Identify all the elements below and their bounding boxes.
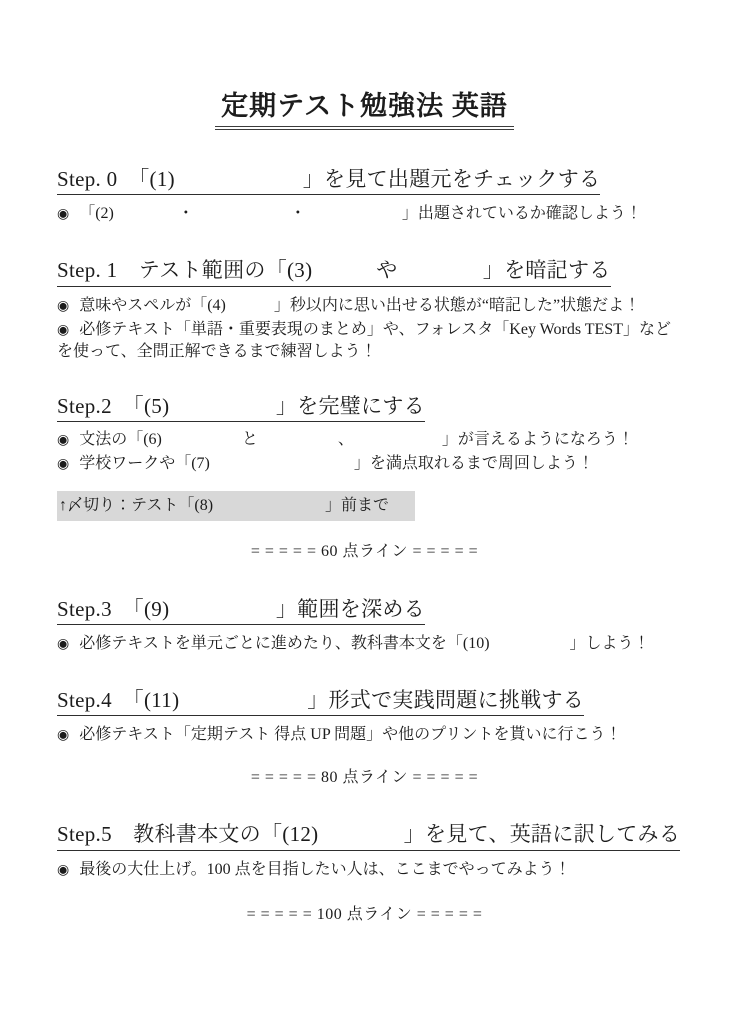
step-1-bullet-1: ◉意味やスペルが「(4) 」秒以内に思い出せる状態が“暗記した”状態だよ！: [57, 295, 672, 317]
worksheet-page: 定期テスト勉強法 英語 Step. 0 「(1) 」を見て出題元をチェックする …: [0, 0, 729, 1024]
step-5-heading: Step.5 教科書本文の「(12) 」を見て、英語に訳してみる: [57, 821, 680, 850]
step-3-heading: Step.3 「(9) 」範囲を深める: [57, 596, 425, 625]
step-2-bullet-1: ◉文法の「(6) と 、 」が言えるようになろう！: [57, 429, 672, 451]
bullet-text: 意味やスペルが「(4) 」秒以内に思い出せる状態が“暗記した”状態だよ！: [79, 297, 640, 314]
title-row: 定期テスト勉強法 英語: [57, 84, 672, 130]
step-4-heading-row: Step.4 「(11) 」形式で実践問題に挑戦する: [57, 687, 672, 716]
step-4-bullet-1: ◉必修テキスト「定期テスト 得点 UP 問題」や他のプリントを貰いに行こう！: [57, 724, 672, 746]
step-0-heading-row: Step. 0 「(1) 」を見て出題元をチェックする: [57, 166, 672, 195]
fisheye-bullet-icon: ◉: [57, 456, 69, 472]
step-1-heading: Step. 1 テスト範囲の「(3) や 」を暗記する: [57, 257, 611, 286]
fisheye-bullet-icon: ◉: [57, 322, 69, 338]
step-5-heading-row: Step.5 教科書本文の「(12) 」を見て、英語に訳してみる: [57, 821, 672, 850]
step-0-bullet-1: ◉「(2) ・ ・ 」出題されているか確認しよう！: [57, 203, 672, 225]
bullet-text: 文法の「(6) と 、 」が言えるようになろう！: [79, 431, 634, 448]
fisheye-bullet-icon: ◉: [57, 206, 69, 222]
bullet-text: 学校ワークや「(7) 」を満点取れるまで周回しよう！: [79, 455, 594, 472]
deadline-note: ↑〆切り：テスト「(8) 」前まで: [57, 491, 415, 521]
step-3-heading-row: Step.3 「(9) 」範囲を深める: [57, 596, 672, 625]
step-1-heading-row: Step. 1 テスト範囲の「(3) や 」を暗記する: [57, 257, 672, 286]
bullet-text: 必修テキスト「定期テスト 得点 UP 問題」や他のプリントを貰いに行こう！: [79, 726, 621, 743]
fisheye-bullet-icon: ◉: [57, 432, 69, 448]
fisheye-bullet-icon: ◉: [57, 862, 69, 878]
score-line-80: = = = = = 80 点ライン = = = = =: [57, 767, 672, 789]
score-line-60: = = = = = 60 点ライン = = = = =: [57, 541, 672, 563]
fisheye-bullet-icon: ◉: [57, 636, 69, 652]
step-5-bullet-1: ◉最後の大仕上げ。100 点を目指したい人は、ここまでやってみよう！: [57, 859, 672, 881]
step-1-bullet-2: ◉必修テキスト「単語・重要表現のまとめ」や、フォレスタ「Key Words TE…: [57, 319, 672, 363]
page-title: 定期テスト勉強法 英語: [215, 84, 514, 130]
bullet-text: 最後の大仕上げ。100 点を目指したい人は、ここまでやってみよう！: [79, 861, 570, 878]
step-2-bullet-2: ◉学校ワークや「(7) 」を満点取れるまで周回しよう！: [57, 453, 672, 475]
fisheye-bullet-icon: ◉: [57, 298, 69, 314]
deadline-row: ↑〆切り：テスト「(8) 」前まで: [57, 491, 672, 521]
step-4-heading: Step.4 「(11) 」形式で実践問題に挑戦する: [57, 687, 584, 716]
bullet-text: 必修テキスト「単語・重要表現のまとめ」や、フォレスタ「Key Words TES…: [57, 321, 671, 360]
fisheye-bullet-icon: ◉: [57, 727, 69, 743]
score-line-100: = = = = = 100 点ライン = = = = =: [57, 904, 672, 926]
step-0-heading: Step. 0 「(1) 」を見て出題元をチェックする: [57, 166, 600, 195]
step-2-heading-row: Step.2 「(5) 」を完璧にする: [57, 393, 672, 422]
step-2-heading: Step.2 「(5) 」を完璧にする: [57, 393, 425, 422]
step-3-bullet-1: ◉必修テキストを単元ごとに進めたり、教科書本文を「(10) 」しよう！: [57, 633, 672, 655]
bullet-text: 必修テキストを単元ごとに進めたり、教科書本文を「(10) 」しよう！: [79, 635, 649, 652]
bullet-text: 「(2) ・ ・ 」出題されているか確認しよう！: [79, 205, 642, 222]
